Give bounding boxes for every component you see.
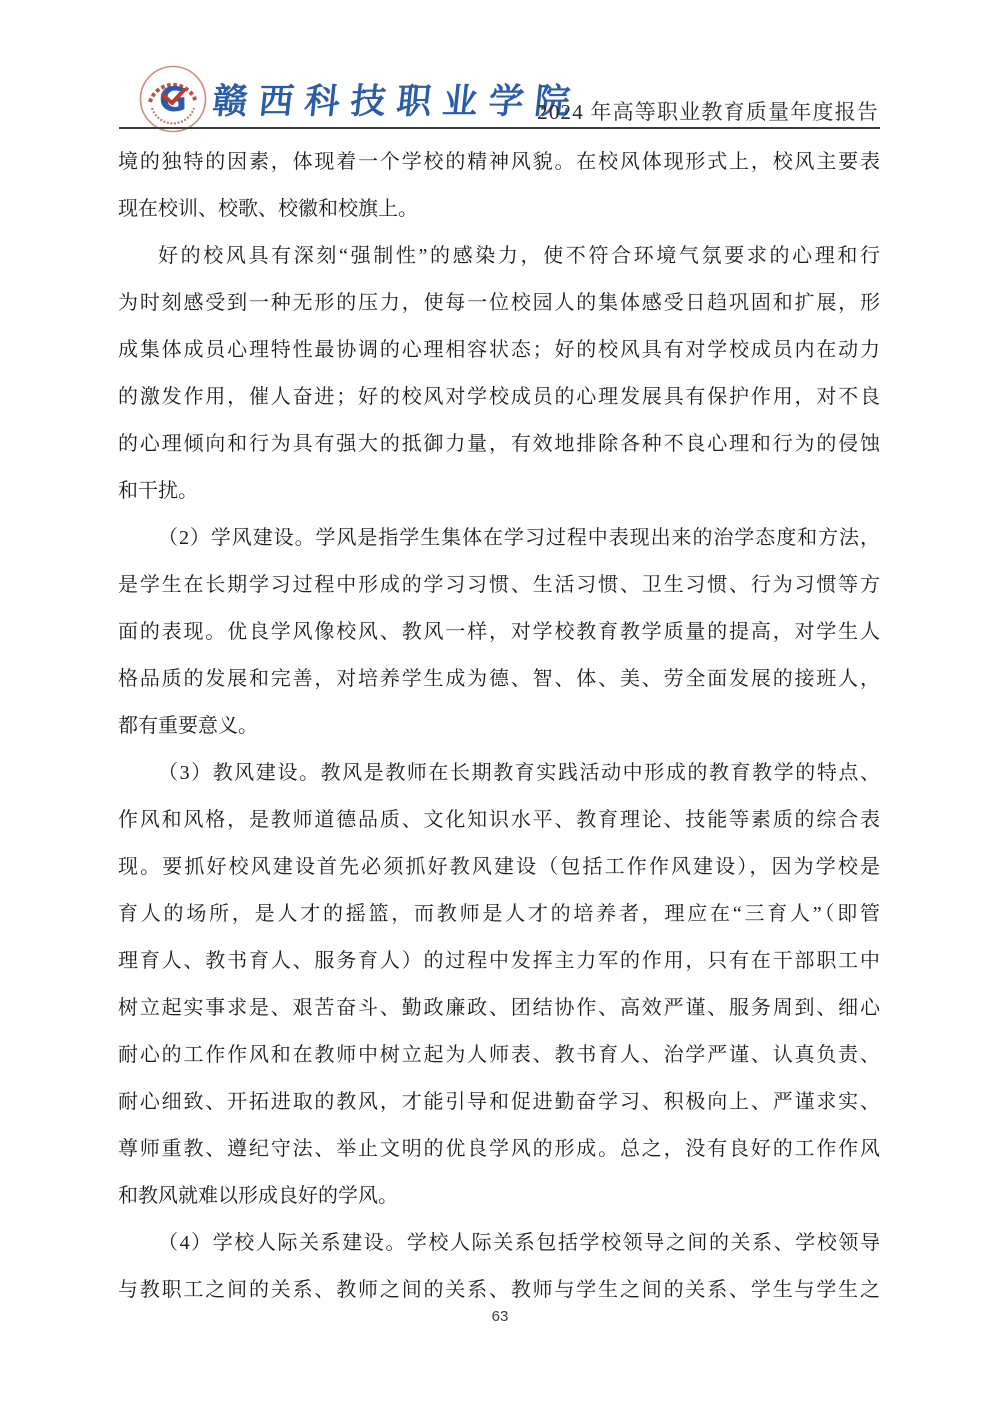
text-line: 为时刻感受到一种无形的压力，使每一位校园人的集体感受日趋巩固和扩展，形 bbox=[118, 280, 880, 327]
text-line: （4）学校人际关系建设。学校人际关系包括学校领导之间的关系、学校领导 bbox=[118, 1220, 880, 1267]
text-line: 是学生在长期学习过程中形成的学习习惯、生活习惯、卫生习惯、行为习惯等方 bbox=[118, 562, 880, 609]
college-name: 赣西科技职业学院 bbox=[210, 74, 583, 124]
text-line: 格品质的发展和完善，对培养学生成为德、智、体、美、劳全面发展的接班人， bbox=[118, 656, 880, 703]
text-line: （3）教风建设。教风是教师在长期教育实践活动中形成的教育教学的特点、 bbox=[118, 750, 880, 797]
text-line: 与教职工之间的关系、教师之间的关系、教师与学生之间的关系、学生与学生之 bbox=[118, 1267, 880, 1314]
text-line: 现在校训、校歌、校徽和校旗上。 bbox=[118, 186, 880, 233]
text-line: 育人的场所，是人才的摇篮，而教师是人才的培养者，理应在“三育人”（即管 bbox=[118, 891, 880, 938]
document-page: G 赣西科技职业学院 2024 年高等职业教育质量年度报告 境的独特的因素，体现… bbox=[0, 0, 1000, 1411]
text-line: 和干扰。 bbox=[118, 468, 880, 515]
header-divider bbox=[119, 127, 880, 129]
text-line: 面的表现。优良学风像校风、教风一样，对学校教育教学质量的提高，对学生人 bbox=[118, 609, 880, 656]
text-line: 理育人、教书育人、服务育人）的过程中发挥主力军的作用，只有在干部职工中 bbox=[118, 938, 880, 985]
text-line: 尊师重教、遵纪守法、举止文明的优良学风的形成。总之，没有良好的工作作风 bbox=[118, 1126, 880, 1173]
text-line: 作风和风格，是教师道德品质、文化知识水平、教育理论、技能等素质的综合表 bbox=[118, 797, 880, 844]
text-line: 的激发作用，催人奋进；好的校风对学校成员的心理发展具有保护作用，对不良 bbox=[118, 374, 880, 421]
text-line: 好的校风具有深刻“强制性”的感染力，使不符合环境气氛要求的心理和行 bbox=[118, 233, 880, 280]
text-line: 和教风就难以形成良好的学风。 bbox=[118, 1173, 880, 1220]
college-seal-icon: G bbox=[138, 64, 208, 134]
text-line: 树立起实事求是、艰苦奋斗、勤政廉政、团结协作、高效严谨、服务周到、细心 bbox=[118, 985, 880, 1032]
report-title: 2024 年高等职业教育质量年度报告 bbox=[537, 96, 879, 126]
text-line: 都有重要意义。 bbox=[118, 703, 880, 750]
text-line: 的心理倾向和行为具有强大的抵御力量，有效地排除各种不良心理和行为的侵蚀 bbox=[118, 421, 880, 468]
text-line: （2）学风建设。学风是指学生集体在学习过程中表现出来的治学态度和方法， bbox=[118, 515, 880, 562]
text-line: 耐心细致、开拓进取的教风，才能引导和促进勤奋学习、积极向上、严谨求实、 bbox=[118, 1079, 880, 1126]
text-line: 现。要抓好校风建设首先必须抓好教风建设（包括工作作风建设），因为学校是 bbox=[118, 844, 880, 891]
page-number: 63 bbox=[0, 1308, 1000, 1325]
text-line: 耐心的工作作风和在教师中树立起为人师表、教书育人、治学严谨、认真负责、 bbox=[118, 1032, 880, 1079]
text-line: 成集体成员心理特性最协调的心理相容状态；好的校风具有对学校成员内在动力 bbox=[118, 327, 880, 374]
text-line: 境的独特的因素，体现着一个学校的精神风貌。在校风体现形式上，校风主要表 bbox=[118, 139, 880, 186]
document-body: 境的独特的因素，体现着一个学校的精神风貌。在校风体现形式上，校风主要表现在校训、… bbox=[118, 139, 880, 1314]
